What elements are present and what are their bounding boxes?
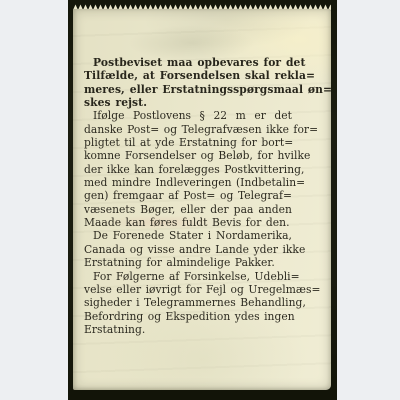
document-text: Postbeviset maa opbevares for detTilfæld… bbox=[84, 56, 292, 336]
text-line: meres, eller Erstatningsspørgsmaal øn= bbox=[84, 83, 292, 96]
text-line: Erstatning. bbox=[84, 323, 292, 336]
text-line: gen) fremgaar af Post= og Telegraf= bbox=[84, 189, 292, 202]
text-line: Tilfælde, at Forsendelsen skal rekla= bbox=[84, 69, 292, 82]
photo-backdrop: Postbeviset maa opbevares for detTilfæld… bbox=[68, 0, 337, 400]
text-line: Erstatning for almindelige Pakker. bbox=[84, 256, 292, 269]
text-line: danske Post= og Telegrafvæsen ikke for= bbox=[84, 123, 292, 136]
text-line: komne Forsendelser og Beløb, for hvilke bbox=[84, 149, 292, 162]
text-line: Befordring og Ekspedition ydes ingen bbox=[84, 310, 292, 323]
text-line: Canada og visse andre Lande yder ikke bbox=[84, 243, 292, 256]
text-line: pligtet til at yde Erstatning for bort= bbox=[84, 136, 292, 149]
screenshot-canvas: Postbeviset maa opbevares for detTilfæld… bbox=[0, 0, 400, 400]
postal-receipt-paper: Postbeviset maa opbevares for detTilfæld… bbox=[73, 9, 331, 390]
text-line: Maade kan føres fuldt Bevis for den. bbox=[84, 216, 292, 229]
text-line: skes rejst. bbox=[84, 96, 292, 109]
text-line: Postbeviset maa opbevares for det bbox=[84, 56, 292, 69]
text-line: sigheder i Telegrammernes Behandling, bbox=[84, 296, 292, 309]
text-line: velse eller iøvrigt for Fejl og Uregelmæ… bbox=[84, 283, 292, 296]
text-line: med mindre Indleveringen (Indbetalin= bbox=[84, 176, 292, 189]
text-line: der ikke kan forelægges Postkvittering, bbox=[84, 163, 292, 176]
text-line: væsenets Bøger, eller der paa anden bbox=[84, 203, 292, 216]
text-line: For Følgerne af Forsinkelse, Udebli= bbox=[84, 270, 292, 283]
text-line: Ifølge Postlovens § 22 m er det bbox=[84, 109, 292, 122]
text-line: De Forenede Stater i Nordamerika, bbox=[84, 229, 292, 242]
